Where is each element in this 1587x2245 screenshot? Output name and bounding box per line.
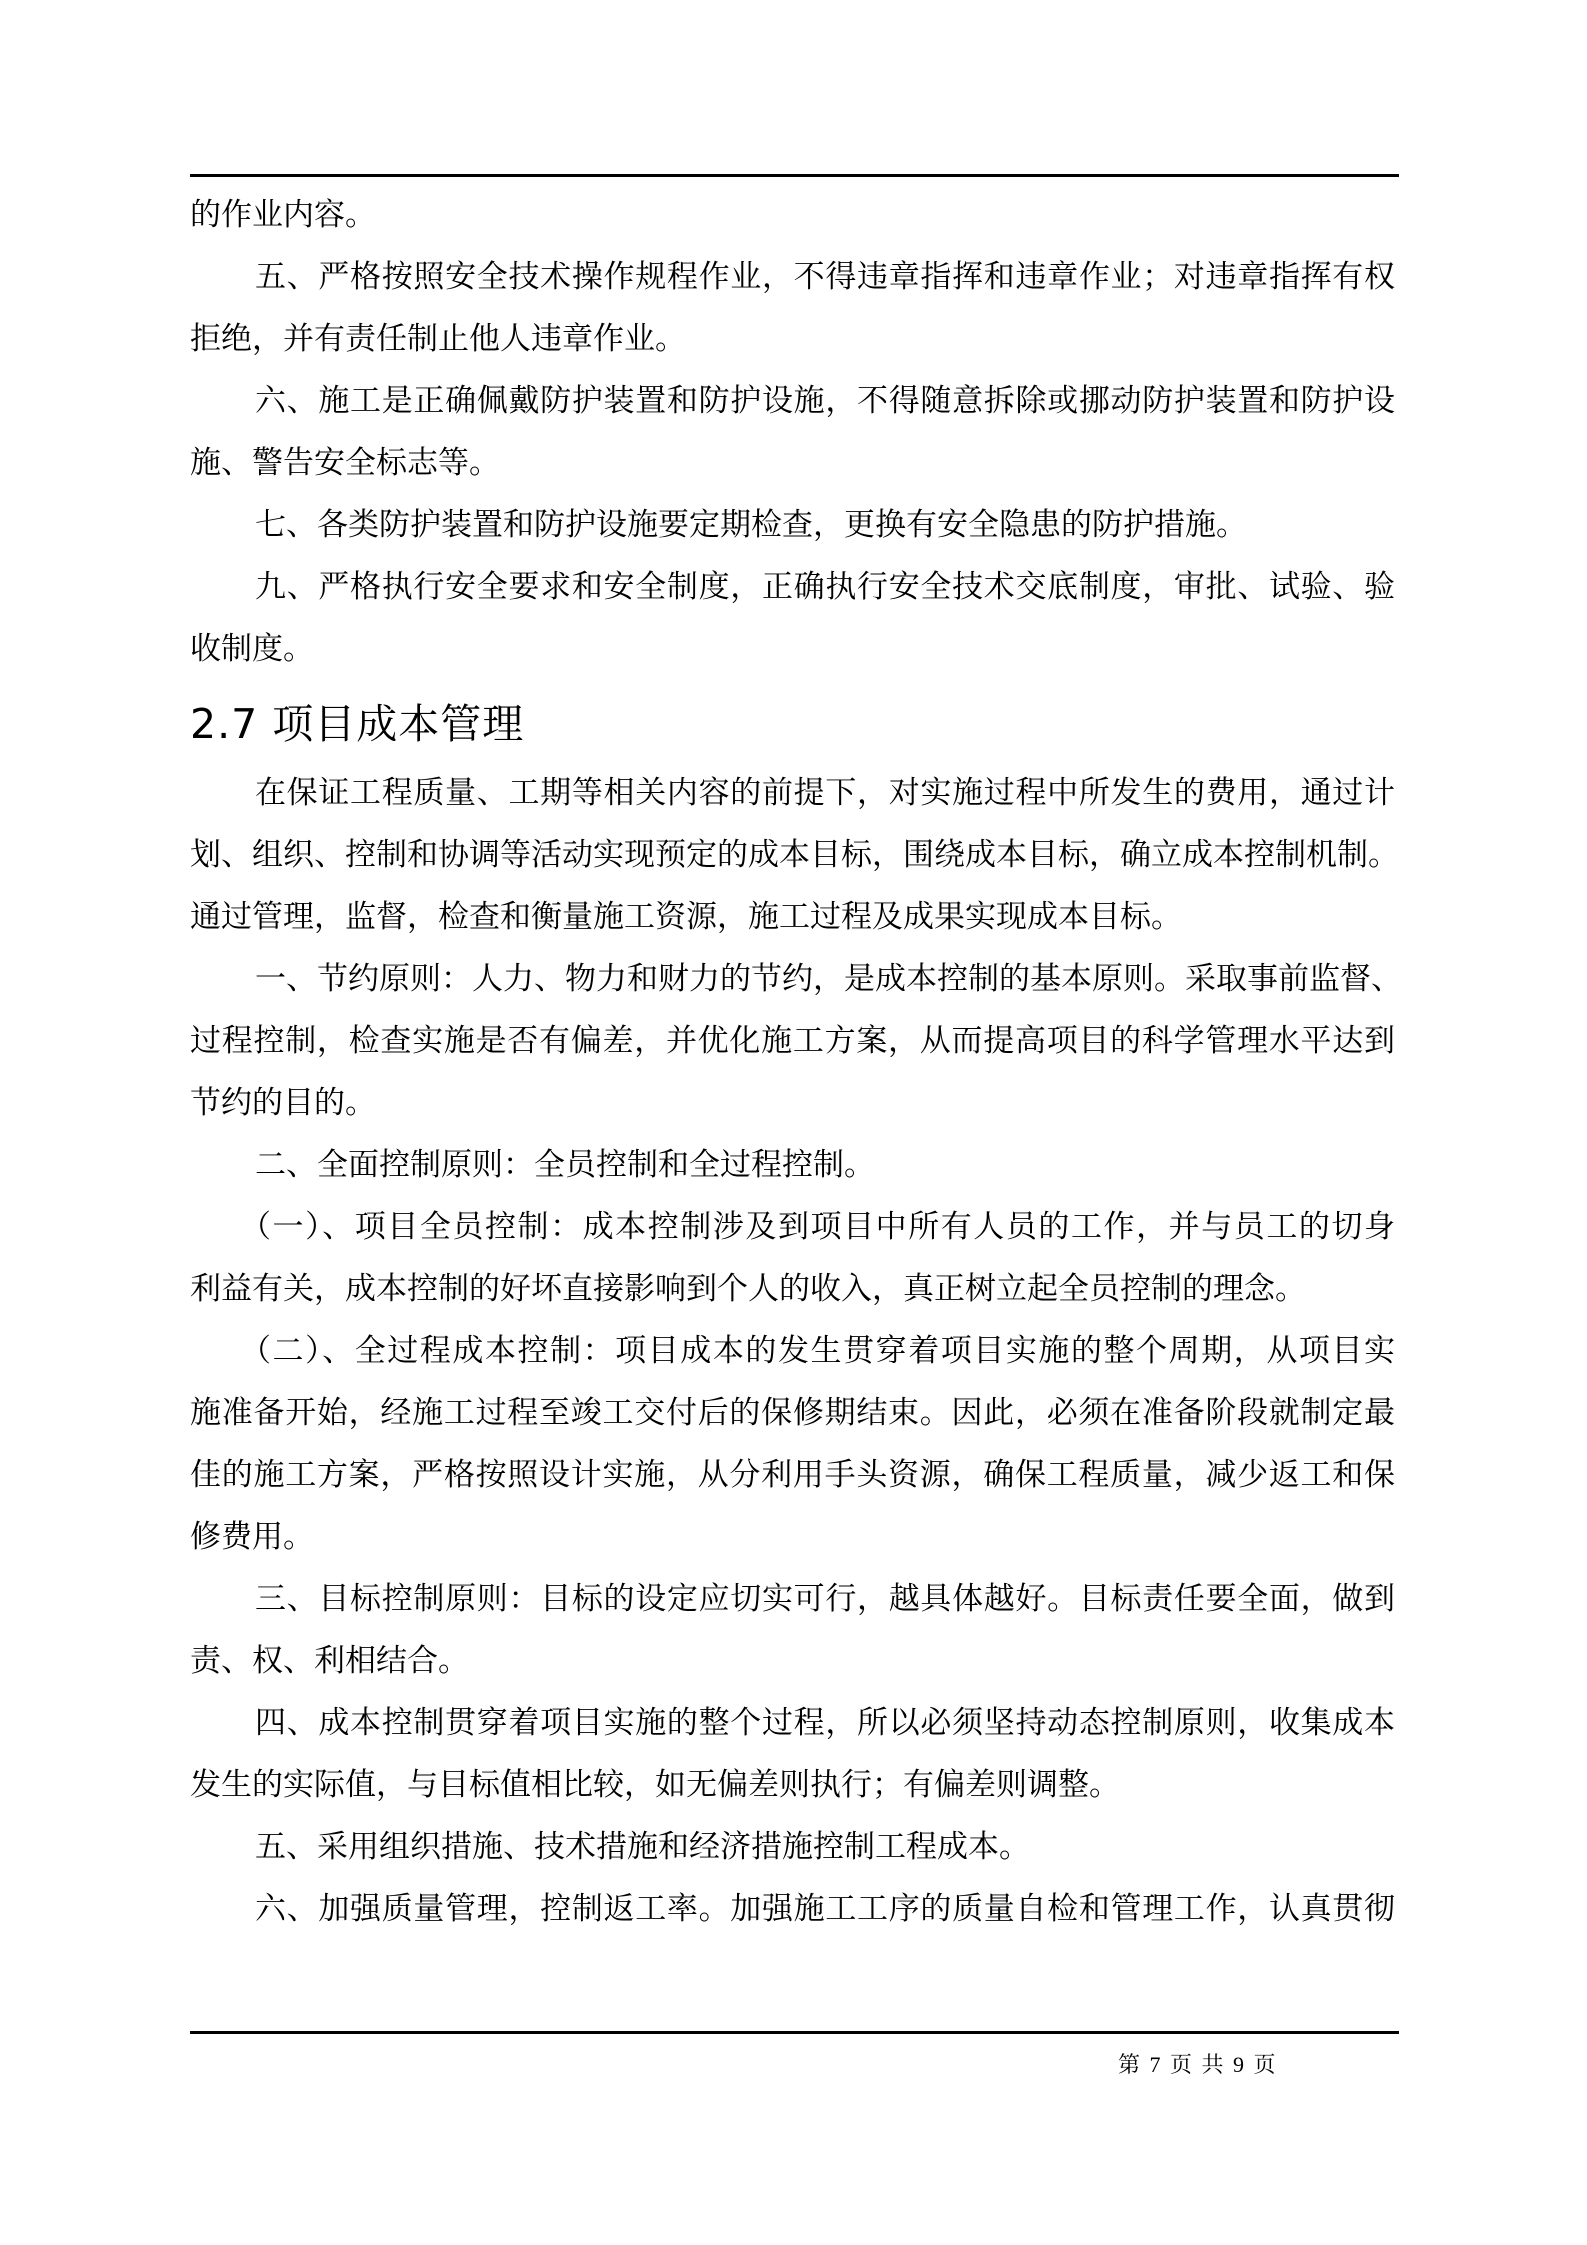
paragraph-continuation: 的作业内容。	[190, 189, 1395, 251]
footer-divider	[190, 2031, 1399, 2034]
text-line: （二）、全过程成本控制：项目成本的发生贯穿着项目实施的整个周期，从项目实	[190, 1325, 1395, 1387]
text-line: 责、权、利相结合。	[190, 1635, 1395, 1697]
text-line: 拒绝，并有责任制止他人违章作业。	[190, 313, 1395, 375]
paragraph-principle-5: 五、采用组织措施、技术措施和经济措施控制工程成本。	[190, 1821, 1395, 1883]
text-line: 六、施工是正确佩戴防护装置和防护设施，不得随意拆除或挪动防护装置和防护设	[190, 375, 1395, 437]
page-number: 第 7 页 共 9 页	[1118, 2050, 1276, 2080]
text-line: 佳的施工方案，严格按照设计实施，从分利用手头资源，确保工程质量，减少返工和保	[190, 1449, 1395, 1511]
paragraph-principle-6: 六、加强质量管理，控制返工率。加强施工工序的质量自检和管理工作，认真贯彻	[190, 1883, 1395, 1945]
text-line: 收制度。	[190, 623, 1395, 685]
text-line: 六、加强质量管理，控制返工率。加强施工工序的质量自检和管理工作，认真贯彻	[190, 1883, 1395, 1945]
text-line: 一、节约原则：人力、物力和财力的节约，是成本控制的基本原则。采取事前监督、	[190, 953, 1395, 1015]
text-line: 通过管理，监督，检查和衡量施工资源，施工过程及成果实现成本目标。	[190, 891, 1395, 953]
header-divider	[190, 174, 1399, 177]
text-line: 过程控制，检查实施是否有偏差，并优化施工方案，从而提高项目的科学管理水平达到	[190, 1015, 1395, 1077]
section-heading: 2.7项目成本管理	[190, 695, 1395, 767]
paragraph-sub-1: （一）、项目全员控制：成本控制涉及到项目中所有人员的工作，并与员工的切身 利益有…	[190, 1201, 1395, 1325]
text-line: 九、严格执行安全要求和安全制度，正确执行安全技术交底制度，审批、试验、验	[190, 561, 1395, 623]
text-line: 的作业内容。	[190, 189, 1395, 251]
paragraph-principle-1: 一、节约原则：人力、物力和财力的节约，是成本控制的基本原则。采取事前监督、 过程…	[190, 953, 1395, 1139]
paragraph-item-6: 六、施工是正确佩戴防护装置和防护设施，不得随意拆除或挪动防护装置和防护设 施、警…	[190, 375, 1395, 499]
text-line: 四、成本控制贯穿着项目实施的整个过程，所以必须坚持动态控制原则，收集成本	[190, 1697, 1395, 1759]
paragraph-item-7: 七、各类防护装置和防护设施要定期检查，更换有安全隐患的防护措施。	[190, 499, 1395, 561]
document-body: 的作业内容。 五、严格按照安全技术操作规程作业，不得违章指挥和违章作业；对违章指…	[190, 189, 1395, 1945]
text-line: 施准备开始，经施工过程至竣工交付后的保修期结束。因此，必须在准备阶段就制定最	[190, 1387, 1395, 1449]
text-line: 节约的目的。	[190, 1077, 1395, 1139]
text-line: 发生的实际值，与目标值相比较，如无偏差则执行；有偏差则调整。	[190, 1759, 1395, 1821]
paragraph-intro: 在保证工程质量、工期等相关内容的前提下，对实施过程中所发生的费用，通过计 划、组…	[190, 767, 1395, 953]
section-number: 2.7	[190, 700, 258, 748]
text-line: 二、全面控制原则：全员控制和全过程控制。	[190, 1139, 1395, 1201]
paragraph-sub-2: （二）、全过程成本控制：项目成本的发生贯穿着项目实施的整个周期，从项目实 施准备…	[190, 1325, 1395, 1573]
paragraph-principle-4: 四、成本控制贯穿着项目实施的整个过程，所以必须坚持动态控制原则，收集成本 发生的…	[190, 1697, 1395, 1821]
text-line: 七、各类防护装置和防护设施要定期检查，更换有安全隐患的防护措施。	[190, 499, 1395, 561]
text-line: 施、警告安全标志等。	[190, 437, 1395, 499]
section-title: 项目成本管理	[272, 700, 524, 748]
text-line: 划、组织、控制和协调等活动实现预定的成本目标，围绕成本目标，确立成本控制机制。	[190, 829, 1395, 891]
text-line: 利益有关，成本控制的好坏直接影响到个人的收入，真正树立起全员控制的理念。	[190, 1263, 1395, 1325]
text-line: 三、目标控制原则：目标的设定应切实可行，越具体越好。目标责任要全面，做到	[190, 1573, 1395, 1635]
text-line: 修费用。	[190, 1511, 1395, 1573]
text-line: 在保证工程质量、工期等相关内容的前提下，对实施过程中所发生的费用，通过计	[190, 767, 1395, 829]
paragraph-item-5: 五、严格按照安全技术操作规程作业，不得违章指挥和违章作业；对违章指挥有权 拒绝，…	[190, 251, 1395, 375]
paragraph-principle-3: 三、目标控制原则：目标的设定应切实可行，越具体越好。目标责任要全面，做到 责、权…	[190, 1573, 1395, 1697]
text-line: 五、采用组织措施、技术措施和经济措施控制工程成本。	[190, 1821, 1395, 1883]
text-line: （一）、项目全员控制：成本控制涉及到项目中所有人员的工作，并与员工的切身	[190, 1201, 1395, 1263]
paragraph-principle-2: 二、全面控制原则：全员控制和全过程控制。	[190, 1139, 1395, 1201]
paragraph-item-9: 九、严格执行安全要求和安全制度，正确执行安全技术交底制度，审批、试验、验 收制度…	[190, 561, 1395, 685]
text-line: 五、严格按照安全技术操作规程作业，不得违章指挥和违章作业；对违章指挥有权	[190, 251, 1395, 313]
